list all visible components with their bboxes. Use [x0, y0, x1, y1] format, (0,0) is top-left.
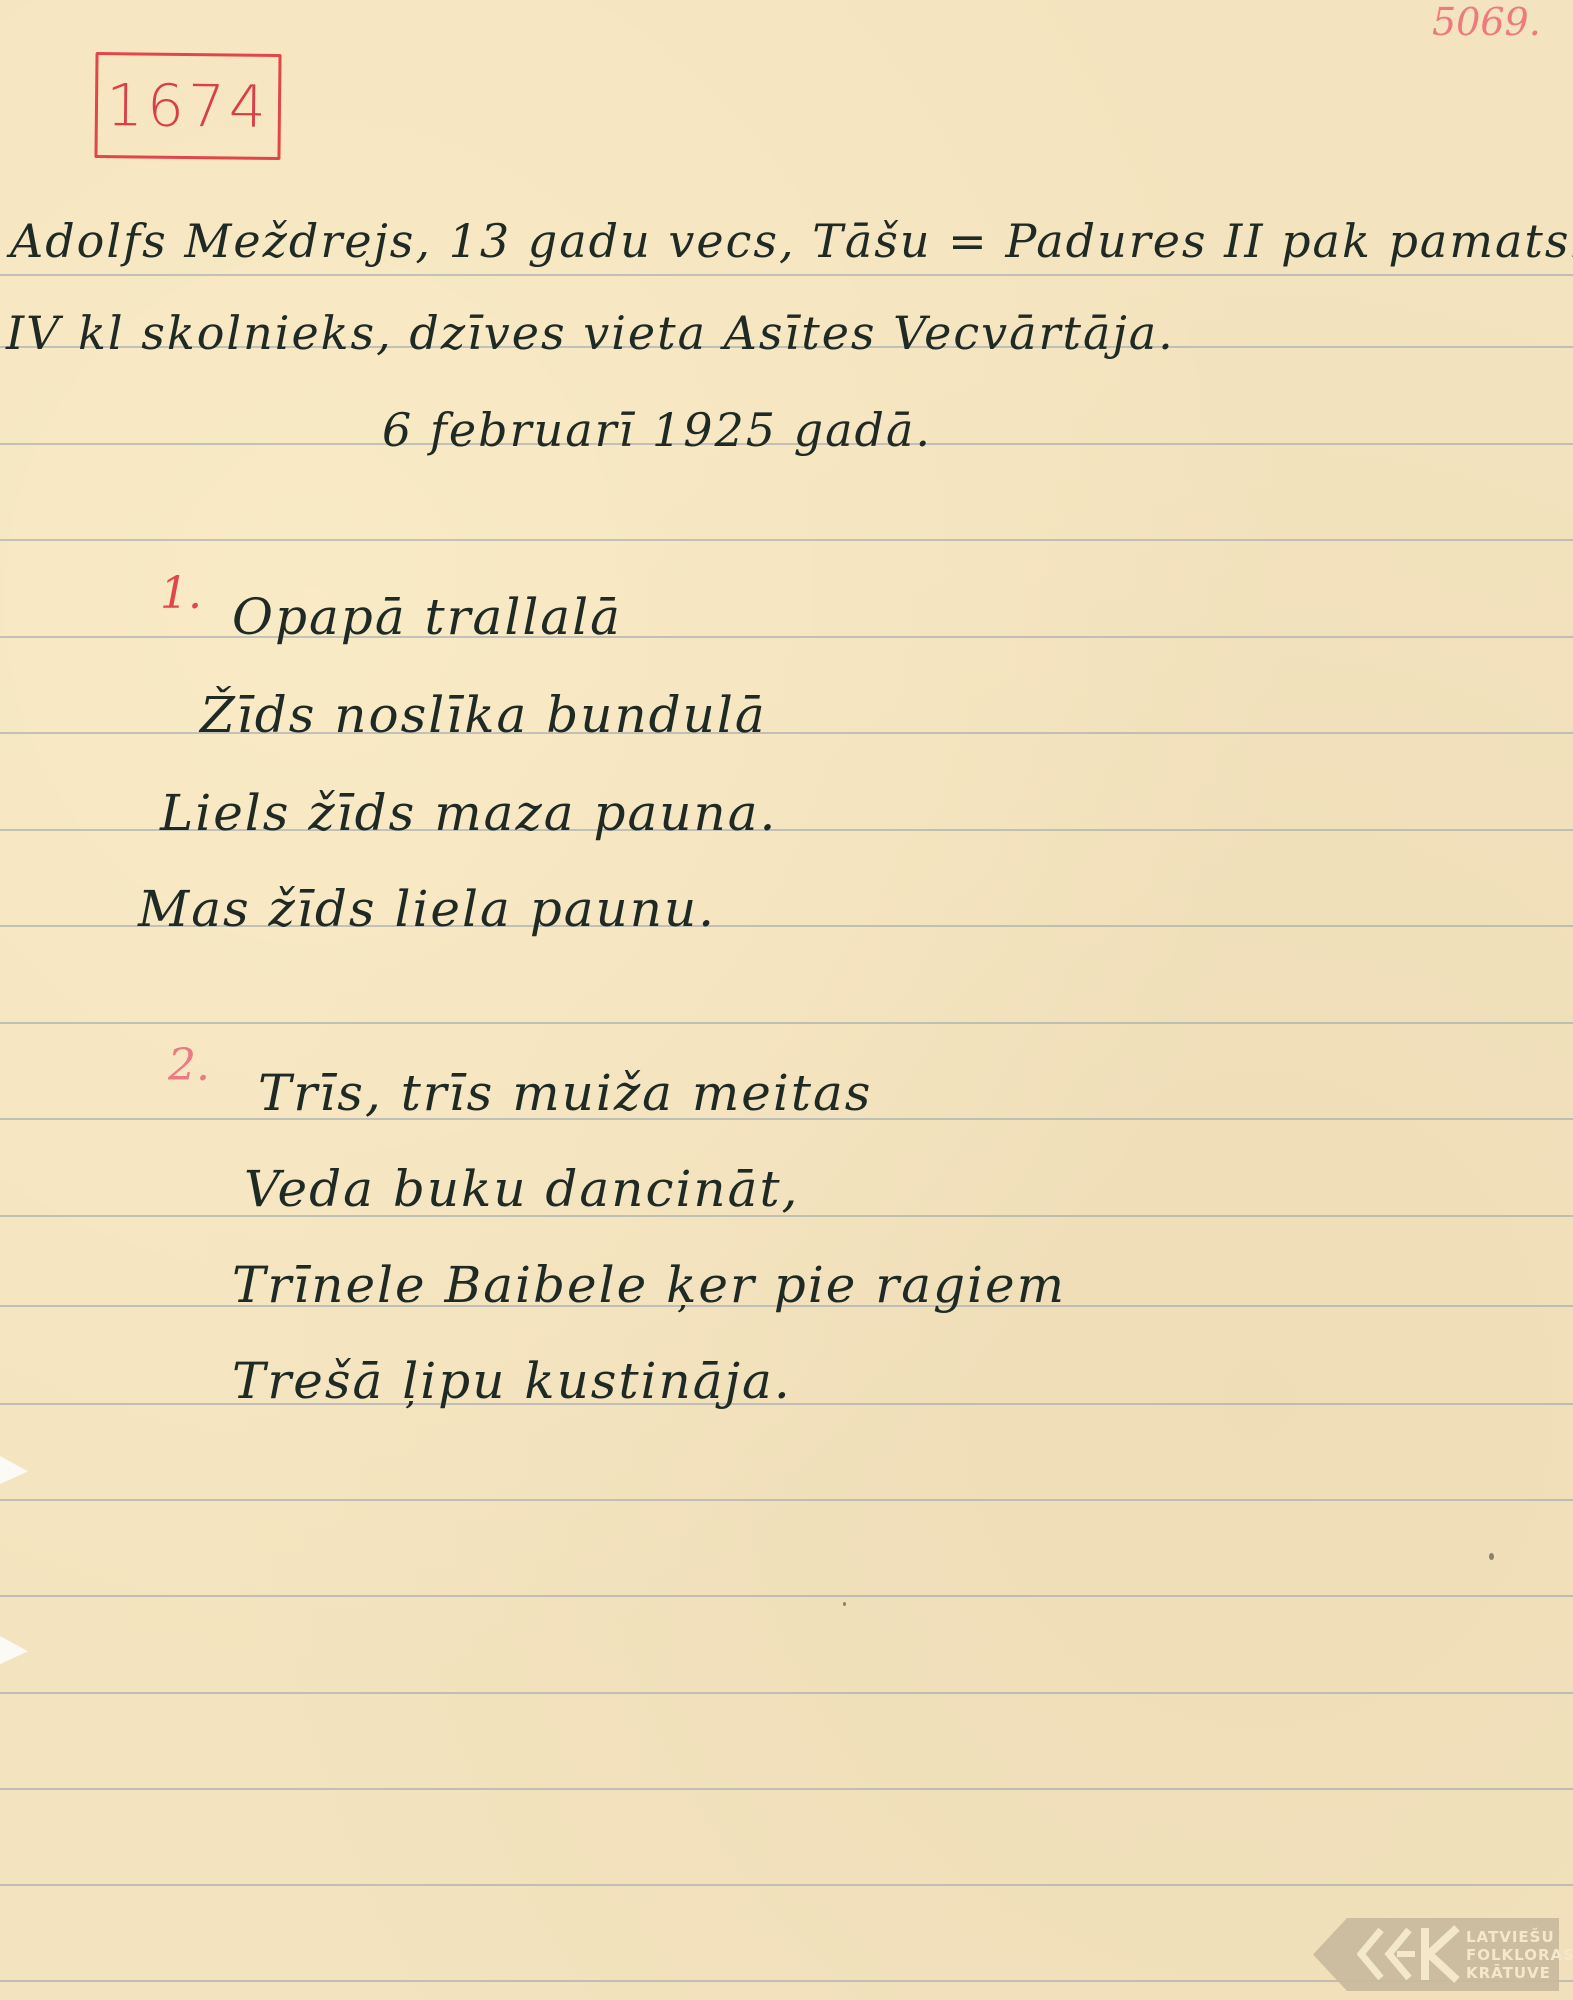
ruled-line [0, 539, 1573, 541]
page-number: 5069. [1432, 0, 1541, 44]
verse-2-line-2: Veda buku dancināt, [244, 1160, 799, 1218]
verse-1-line-4: Mas žīds liela paunu. [138, 880, 716, 938]
archive-number: 1674 [106, 71, 270, 141]
paper-tear [0, 1456, 28, 1484]
verse-2-line-1: Trīs, trīs muiža meitas [258, 1064, 872, 1122]
verse-1-line-3: Liels žīds maza pauna. [160, 784, 777, 842]
archive-number-box: 1674 [94, 52, 281, 160]
ink-speck [1489, 1553, 1494, 1560]
ruled-line [0, 1692, 1573, 1694]
ruled-line [0, 274, 1573, 276]
logo-text-line-3: KRĀTUVE [1466, 1964, 1548, 1982]
ruled-line [0, 1595, 1573, 1597]
header-line-1: Adolfs Meždrejs, 13 gadu vecs, Tāšu = Pa… [10, 214, 1573, 268]
date-line: 6 februarī 1925 gadā. [382, 403, 932, 457]
lfk-mark-icon [1357, 1924, 1477, 1984]
verse-1-line-2: Žīds noslīka bundulā [200, 686, 767, 744]
logo-text-line-2: FOLKLORAS [1466, 1946, 1548, 1964]
logo-text-line-1: LATVIEŠU [1466, 1928, 1548, 1946]
logo-text: LATVIEŠU FOLKLORAS KRĀTUVE [1466, 1928, 1548, 1982]
verse-number-2: 2. [168, 1040, 210, 1091]
ruled-line [0, 1788, 1573, 1790]
archive-logo: LATVIEŠU FOLKLORAS KRĀTUVE [1313, 1918, 1559, 1991]
verse-2-line-4: Trešā ļipu kustināja. [232, 1352, 792, 1410]
paper-tear [0, 1636, 28, 1664]
verse-1-line-1: Opapā trallalā [232, 588, 622, 646]
header-line-2: IV kl skolnieks, dzīves vieta Asītes Vec… [6, 306, 1175, 360]
verse-2-line-3: Trīnele Baibele ķer pie ragiem [232, 1256, 1066, 1314]
manuscript-page: 1674 5069. Adolfs Meždrejs, 13 gadu vecs… [0, 0, 1573, 2000]
ruled-line [0, 1884, 1573, 1886]
ruled-lines [0, 0, 1573, 2000]
ink-speck [843, 1602, 846, 1606]
ruled-line [0, 1499, 1573, 1501]
verse-number-1: 1. [160, 568, 202, 619]
ruled-line [0, 1022, 1573, 1024]
